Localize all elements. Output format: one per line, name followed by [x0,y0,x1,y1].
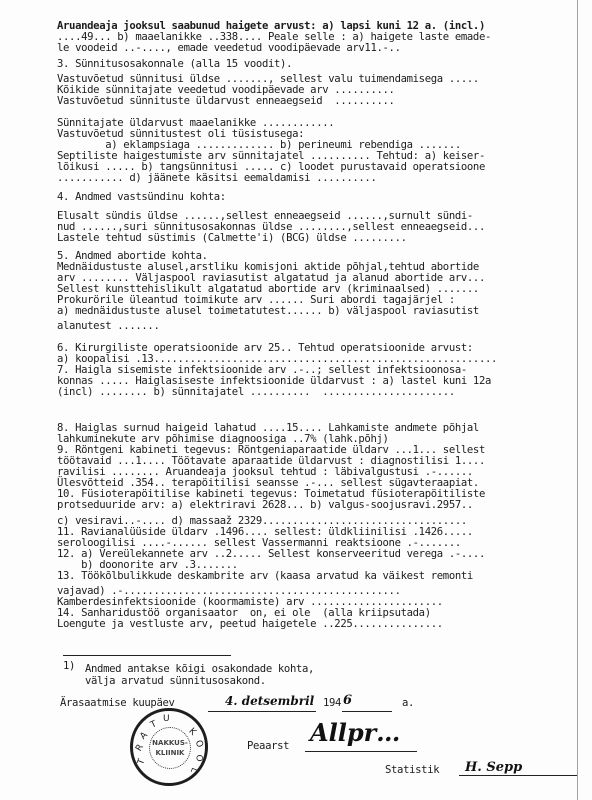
form-line: 4. Andmed vastsündinu kohta: [57,191,226,203]
year-prefix: 194 [323,697,341,709]
form-line: 13. Töökõlbulikkude deskambrite arv (kaa… [57,570,473,582]
form-line: ........... d) jäänete käsitsi eemaldami… [57,172,376,184]
year-underline [342,711,392,712]
dispatch-date-label: Ärasaatmise kuupäev [60,697,175,709]
chief-physician-signature: Allpr… [310,718,400,747]
statistician-signature: H. Sepp [465,760,522,775]
footnote-marker: 1) [63,660,75,672]
form-line: Lastele tehtud süstimis (Calmette'i) (BC… [57,232,407,244]
form-line: le voodeid ..-...., emade veedetud voodi… [57,42,401,54]
year-suffix: a. [402,697,414,709]
footnote-line-2: välja arvatud sünnitusosakond. [85,675,266,687]
institution-stamp: T R A T U K O O L NAKKUS- KLIINIK [130,708,208,786]
stamp-center: NAKKUS- KLIINIK [149,727,191,769]
form-line: Loengute ja vestluste arv, peetud haiget… [57,618,443,630]
form-line: a) mednäidustuste alusel toimetatutest..… [57,305,479,317]
chief-signature-line [305,751,417,752]
form-line: Vastuvõetud sünnituste üldarvust enneaeg… [57,95,395,107]
date-underline [208,711,316,712]
dispatch-date-value: 4. detsembril [225,694,314,708]
form-line: (incl) ........ b) sünnitajatel ........… [57,386,455,398]
statistician-signature-line [459,775,577,776]
footnote-line-1: Andmed antakse kõigi osakondade kohta, [85,663,314,675]
page-edge-line [577,0,578,800]
scanned-form-page: Aruandeaja jooksul saabunud haigete arvu… [0,0,592,800]
footnote-rule [63,655,231,656]
form-line: protseduuride arv: a) elektriravi 2628..… [57,499,473,511]
year-digit: 6 [343,693,352,708]
chief-physician-label: Peaarst [247,740,289,752]
form-line: alanutest ....... [57,320,159,332]
statistician-label: Statistik [385,764,439,776]
form-line: 3. Sünnitusosakonnale (alla 15 voodit). [57,58,292,70]
